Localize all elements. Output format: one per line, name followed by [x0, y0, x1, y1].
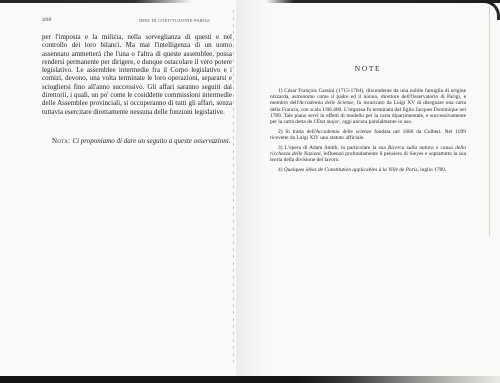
notes-list: 1) César François Cassini (1715-1784), d…	[270, 88, 466, 176]
page-gutter	[233, 10, 234, 362]
gutter-shadow	[236, 0, 266, 383]
notes-heading: NOTE	[270, 64, 466, 73]
scan-edge-bottom	[0, 376, 500, 383]
left-page-header: 488 IDEE DI COSTITUZIONE-PARIGI	[42, 17, 232, 25]
nota-paragraph: Nota: Ci proponiamo di dare un seguito a…	[42, 137, 232, 145]
scan-edge-top-left	[0, 0, 192, 3]
book-scan: 488 IDEE DI COSTITUZIONE-PARIGI per l'im…	[0, 0, 500, 383]
running-title: IDEE DI COSTITUZIONE-PARIGI	[139, 18, 210, 23]
note-item-4: 4) Quelques idées de Constitution applic…	[270, 167, 466, 173]
body-paragraph: per l'imposta e la milizia, nella sorveg…	[42, 33, 232, 116]
page-corner-curl	[470, 0, 500, 20]
scan-edge-top-right	[266, 0, 500, 3]
note-item-3: 3) L'opera di Adam Smith, in particolare…	[270, 145, 466, 164]
page-number: 488	[42, 17, 52, 23]
page-right-edge	[489, 6, 490, 236]
note-item-1: 1) César François Cassini (1715-1784), d…	[270, 88, 466, 125]
note-item-2: 2) Si tratta dell'Accademia delle scienz…	[270, 129, 466, 141]
